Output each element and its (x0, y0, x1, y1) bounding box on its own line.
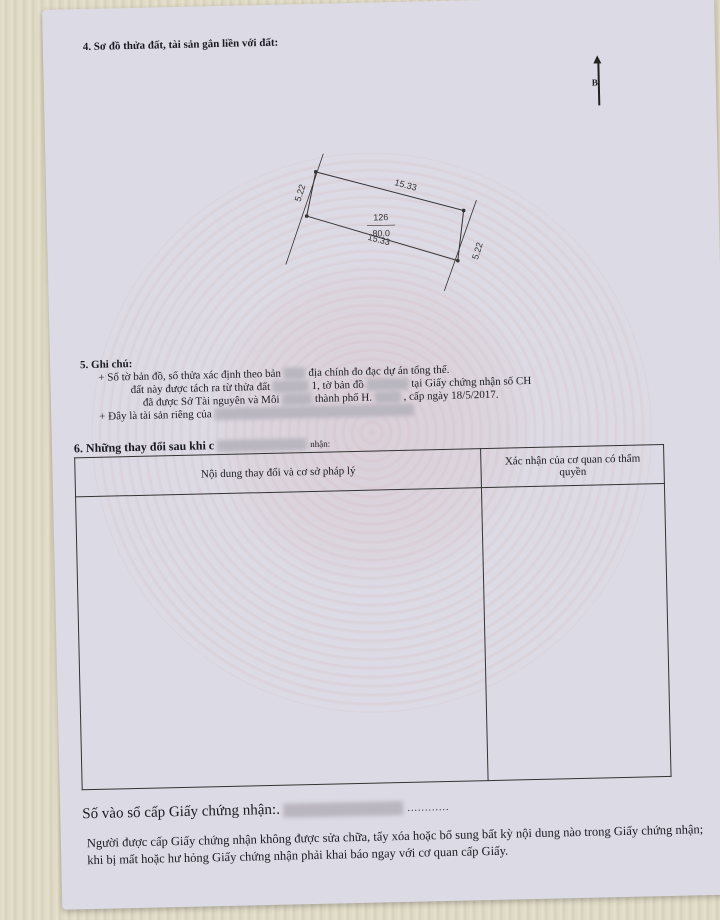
redacted-block (217, 438, 307, 452)
column-header-authority: Xác nhận của cơ quan có thẩm quyền (481, 445, 664, 488)
redacted-block (282, 393, 312, 406)
redacted-block (366, 378, 408, 391)
certificate-page: 4. Sơ đồ thửa đất, tài sản gắn liền với … (42, 0, 720, 910)
redacted-block (283, 801, 403, 818)
section-5-notes: 5. Ghi chú: + Số tờ bản đồ, số thửa xác … (80, 349, 532, 424)
side-right-length: 5.22 (470, 241, 485, 261)
north-label: B (592, 77, 598, 87)
side-top-length: 15.33 (394, 177, 418, 192)
redacted-block (214, 404, 414, 421)
north-arrow-icon: B (591, 55, 606, 105)
section-4-title: 4. Sơ đồ thửa đất, tài sản gắn liền với … (83, 37, 279, 53)
changes-content-cell (76, 488, 489, 790)
authority-confirmation-cell (482, 484, 671, 781)
parcel-number: 126 (373, 212, 388, 222)
land-plot-diagram: 126 80.0 15.33 15.33 5.22 5.22 (265, 150, 508, 295)
registration-number-line: Số vào sổ cấp Giấy chứng nhận:. ........… (82, 798, 449, 823)
redacted-block (284, 368, 306, 380)
changes-table: Nội dung thay đổi và cơ sở pháp lý Xác n… (74, 444, 671, 790)
redacted-block (273, 381, 309, 394)
redacted-block (375, 391, 401, 404)
footer-note: Người được cấp Giấy chứng nhận không đượ… (87, 821, 708, 869)
side-left-length: 5.22 (293, 183, 308, 203)
